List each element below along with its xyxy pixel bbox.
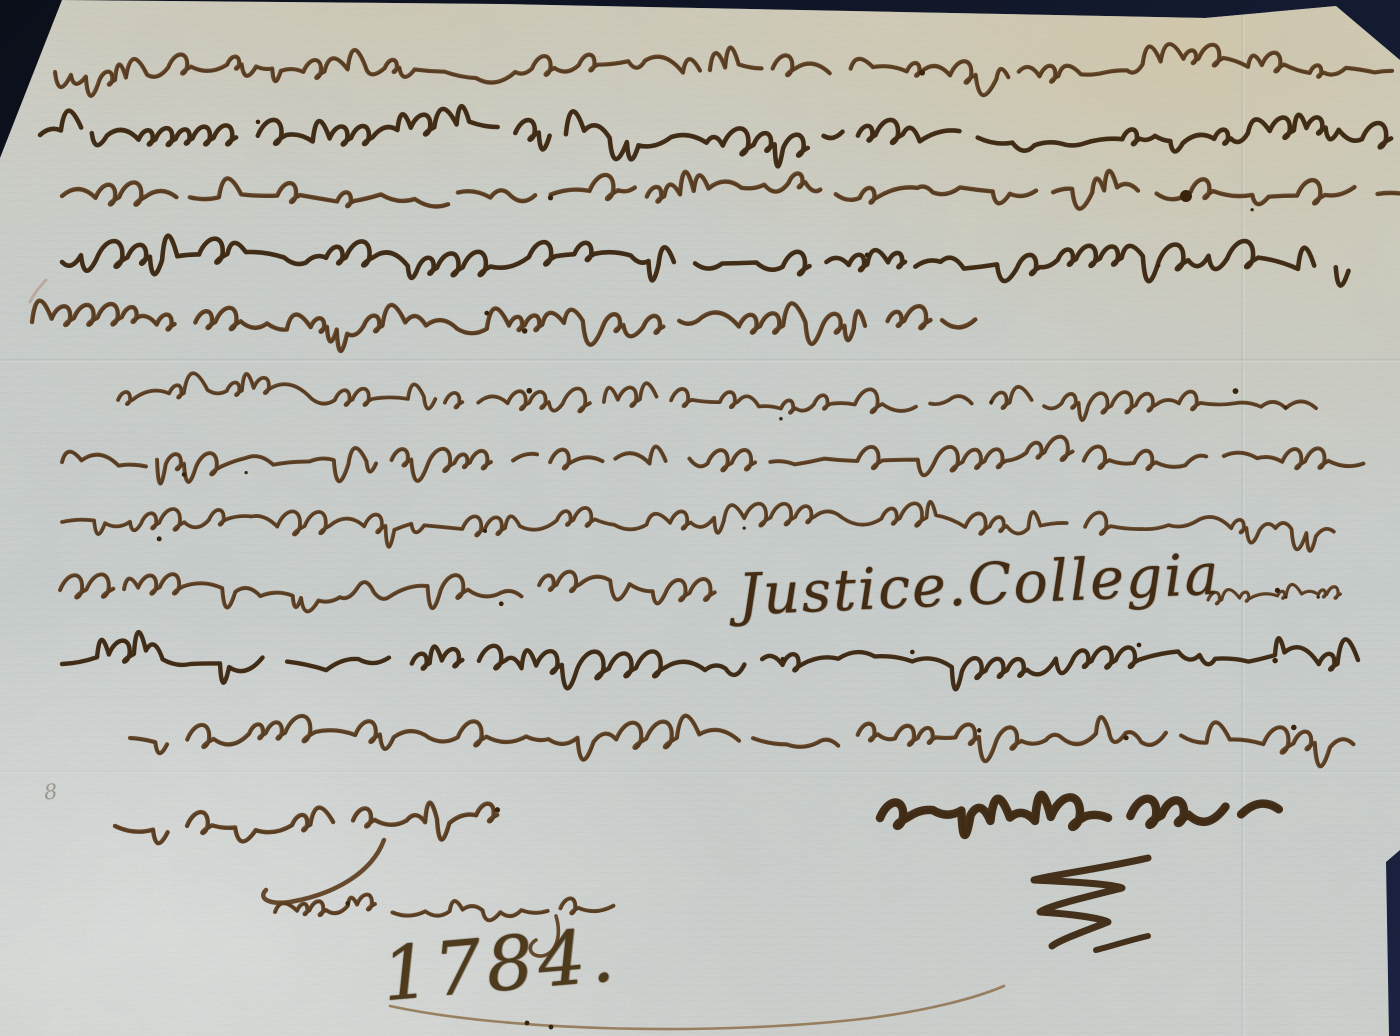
ink-blot — [919, 70, 925, 76]
ink-blot — [1180, 190, 1192, 202]
ink-blot — [549, 1025, 554, 1030]
ink-blot — [743, 526, 746, 529]
red-pencil-tick — [30, 280, 46, 302]
photograph-backdrop: Justice.Collegia 1784. 8 — [0, 0, 1400, 1036]
ink-blot — [157, 536, 162, 541]
ink-blot — [548, 195, 553, 200]
ink-blot — [1317, 595, 1320, 598]
handwriting-line-07 — [62, 437, 1363, 484]
ink-blot — [256, 120, 260, 124]
ink-layer — [0, 0, 1400, 1036]
handwriting-line-05 — [32, 301, 998, 351]
manuscript-paper: Justice.Collegia 1784. 8 — [0, 0, 1400, 1036]
ink-blot — [1251, 208, 1254, 211]
ink-blot — [1137, 643, 1142, 648]
handwriting-line-09-left — [60, 572, 715, 612]
ink-blot — [1284, 406, 1287, 409]
handwriting-line-04 — [62, 236, 1348, 286]
ink-blot — [1284, 596, 1287, 599]
ink-blot — [1233, 388, 1239, 394]
ink-blot — [977, 728, 981, 732]
ink-blot — [1157, 264, 1160, 267]
handwriting-line-09-right — [1208, 585, 1340, 604]
ink-blot — [781, 657, 785, 661]
handwriting-line-03 — [62, 171, 1400, 209]
ink-blot — [345, 901, 350, 906]
ink-blot — [499, 601, 504, 606]
ink-blot — [525, 1021, 530, 1026]
margin-mark: 8 — [43, 779, 59, 804]
signature-paraph-zigzag — [1034, 858, 1148, 946]
ink-blot — [865, 253, 870, 258]
ink-blot — [245, 471, 248, 474]
ink-blot — [989, 400, 992, 403]
ink-blot — [1124, 735, 1129, 740]
ink-blot — [779, 417, 782, 420]
ink-blot — [1272, 658, 1278, 664]
ink-blot — [484, 311, 489, 316]
signature-paraph-tick — [1096, 936, 1148, 950]
ink-blot — [1291, 725, 1297, 731]
ink-blot — [182, 472, 186, 476]
handwriting-line-06 — [118, 373, 1316, 420]
ink-blot — [495, 807, 500, 812]
handwriting-line-10 — [62, 632, 1358, 689]
ink-blot — [910, 650, 915, 655]
ink-blot — [526, 388, 532, 394]
ink-blot — [522, 328, 528, 334]
ink-blot — [1275, 588, 1280, 593]
ink-blot — [483, 529, 487, 533]
handwriting-line-11 — [130, 716, 1353, 767]
